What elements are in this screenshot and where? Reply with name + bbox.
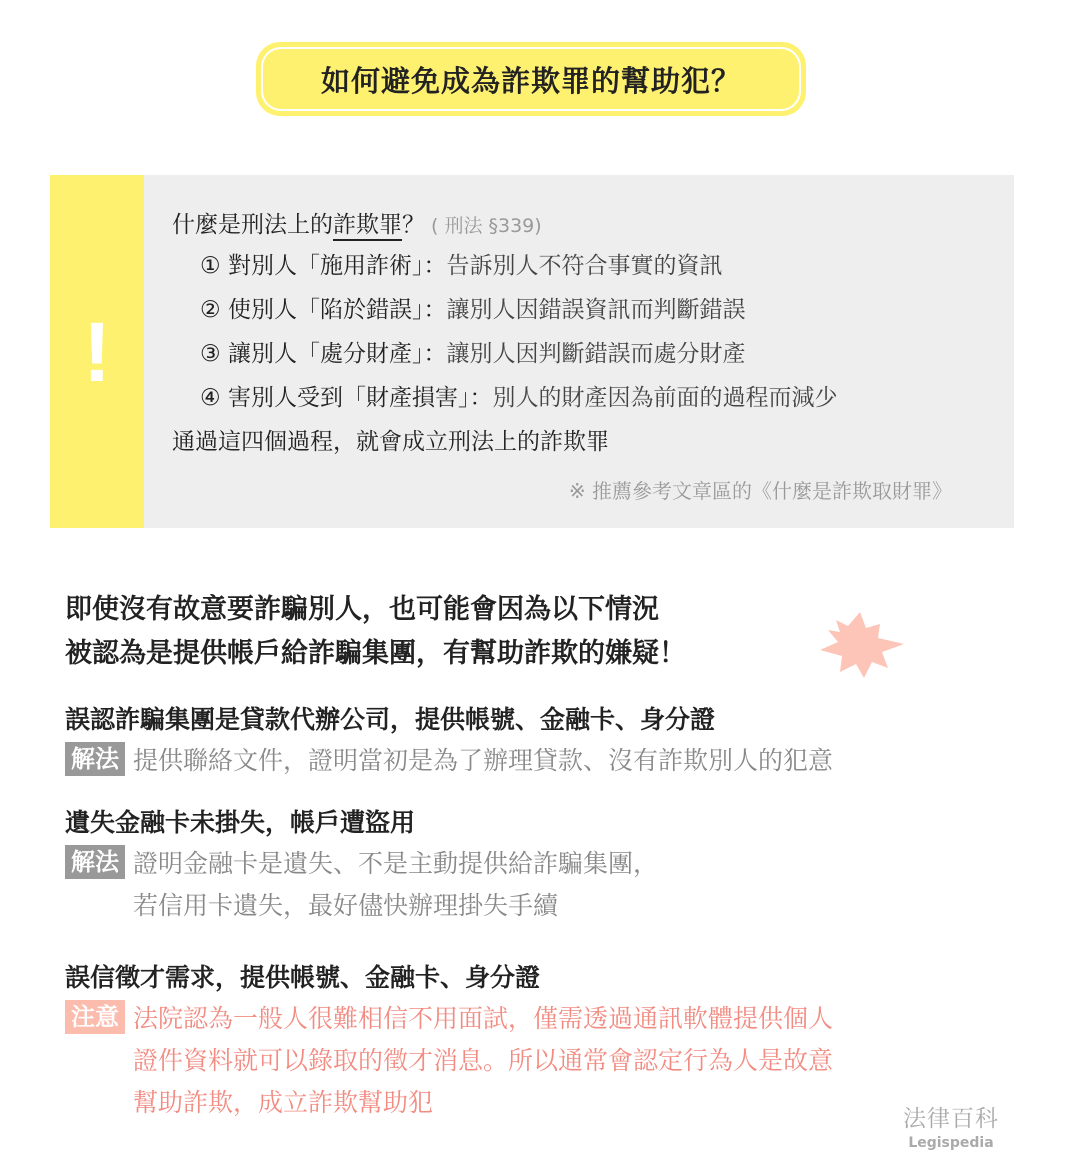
title-banner: 如何避免成為詐欺罪的幫助犯？	[256, 42, 806, 116]
step-item: ③ 讓別人「處分財產」：讓別人因判斷錯誤而處分財產	[172, 332, 1014, 376]
case-title: 誤信徵才需求，提供帳號、金融卡、身分證	[65, 958, 833, 998]
burst-icon	[818, 610, 906, 680]
case-item: 誤信徵才需求，提供帳號、金融卡、身分證 注意 法院認為一般人很難相信不用面試，僅…	[65, 958, 833, 1124]
info-content: 什麼是刑法上的詐欺罪？( 刑法 §339) ① 對別人「施用詐術」：告訴別人不符…	[144, 175, 1014, 528]
step-item: ② 使別人「陷於錯誤」：讓別人因錯誤資訊而判斷錯誤	[172, 288, 1014, 332]
case-title: 遺失金融卡未掛失，帳戶遭盜用	[65, 803, 658, 843]
case-text: 證明金融卡是遺失、不是主動提供給詐騙集團， 若信用卡遺失，最好儘快辦理掛失手續	[133, 843, 658, 927]
info-summary: 通過這四個過程，就會成立刑法上的詐欺罪	[172, 420, 1014, 464]
exclamation-mark: ！	[659, 638, 686, 669]
logo: 法律百科 Legispedia	[903, 1100, 999, 1151]
info-box: ! 什麼是刑法上的詐欺罪？( 刑法 §339) ① 對別人「施用詐術」：告訴別人…	[50, 175, 1014, 528]
solution-badge: 解法	[65, 845, 125, 879]
page-title: 如何避免成為詐欺罪的幫助犯？	[321, 59, 741, 100]
case-text: 提供聯絡文件，證明當初是為了辦理貸款、沒有詐欺別人的犯意	[133, 740, 833, 782]
exclamation-icon: !	[83, 310, 111, 394]
case-item: 誤認詐騙集團是貸款代辦公司，提供帳號、金融卡、身分證 解法 提供聯絡文件，證明當…	[65, 700, 833, 782]
step-item: ① 對別人「施用詐術」：告訴別人不符合事實的資訊	[172, 244, 1014, 288]
case-title: 誤認詐騙集團是貸款代辦公司，提供帳號、金融卡、身分證	[65, 700, 833, 740]
step-item: ④ 害別人受到「財產損害」：別人的財產因為前面的過程而減少	[172, 376, 1014, 420]
caution-badge: 注意	[65, 1000, 125, 1034]
law-reference: ( 刑法 §339)	[431, 215, 542, 237]
info-side-bar: !	[50, 175, 144, 528]
recommend-note: ※ 推薦參考文章區的《什麼是詐欺取財罪》	[569, 475, 952, 504]
underlined-term: 詐欺罪	[333, 212, 402, 241]
solution-badge: 解法	[65, 742, 125, 776]
headline: 即使沒有故意要詐騙別人，也可能會因為以下情況 被認為是提供帳戶給詐騙集團，有幫助…	[65, 588, 686, 676]
info-question: 什麼是刑法上的詐欺罪？( 刑法 §339)	[172, 207, 1014, 244]
case-item: 遺失金融卡未掛失，帳戶遭盜用 解法 證明金融卡是遺失、不是主動提供給詐騙集團， …	[65, 803, 658, 927]
case-text: 法院認為一般人很難相信不用面試，僅需透過通訊軟體提供個人 證件資料就可以錄取的徵…	[133, 998, 833, 1124]
